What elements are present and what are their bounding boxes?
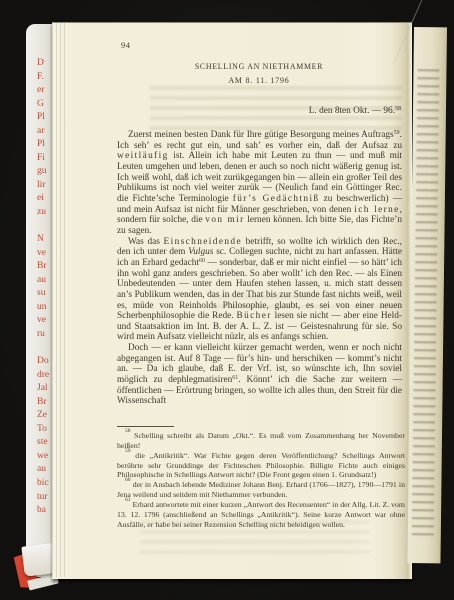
dateline-note-ref: 58 [395, 106, 401, 112]
footnote-item: 61 Erhard antwortete mit einer kurzen „A… [117, 500, 405, 530]
footnote-rule [117, 426, 174, 427]
page-edge-lines [52, 23, 65, 577]
paragraph: Doch — er kann vielleicht kürzer gemacht… [117, 343, 402, 407]
letter-body: Zuerst meinen besten Dank für Ihre gütig… [117, 130, 402, 407]
footnote-item: 60 der in Ansbach lebende Mediziner Joha… [117, 480, 405, 500]
footnote-item: 59 die „Antikritik“. War Fichte gegen de… [117, 451, 405, 481]
letter-heading-line2: AM 8. 11. 1796 [117, 76, 401, 85]
footnotes: 58 Schelling schreibt als Datum „Okt.“. … [117, 431, 405, 529]
paragraph: Zuerst meinen besten Dank für Ihre gütig… [117, 130, 402, 237]
letter-dateline: L. den 8ten Okt. — 96.58 [117, 106, 401, 116]
spine-text-column: D F. er G Pl ar Pl Fi gu lir ei zu N ve … [37, 57, 51, 519]
page-number: 94 [121, 40, 131, 50]
dateline-text: L. den 8ten Okt. — 96. [309, 106, 395, 116]
paragraph: Was das Einschneidende betrifft, so woll… [117, 237, 402, 344]
letter-heading-line1: SCHELLING AN NIETHAMMER [117, 62, 401, 71]
footnote-item: 58 Schelling schreibt als Datum „Okt.“. … [117, 431, 405, 451]
facing-page-text-blur [412, 69, 440, 539]
facing-page-edge [407, 27, 447, 563]
